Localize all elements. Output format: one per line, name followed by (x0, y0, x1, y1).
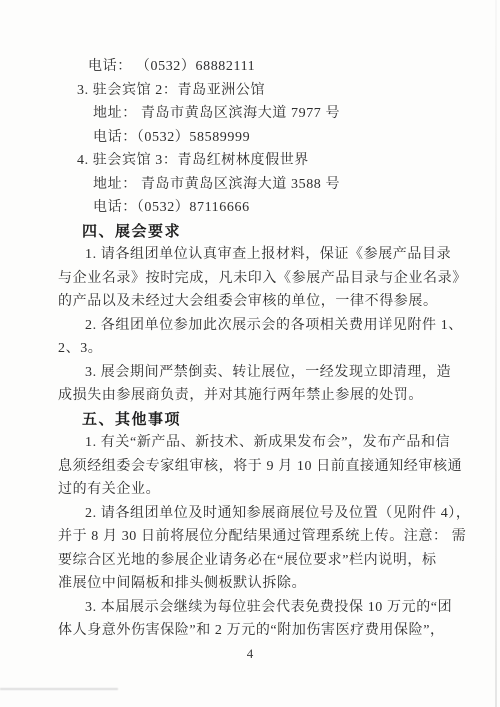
text-line: 2. 各组团单位参加此次展示会的各项相关费用详见附件 1、 (58, 314, 444, 338)
document-page: 电话： （0532）68882111 3. 驻会宾馆 2：青岛亚洲公馆 地址： … (0, 0, 500, 707)
scan-edge-shadow-bottom (0, 688, 118, 690)
hotel1-phone-line: 电话： （0532）68882111 (58, 55, 444, 79)
text-line: 与企业名录》按时完成，凡未印入《参展产品目录与企业名录》 (58, 267, 444, 291)
text-line: 2、3。 (58, 337, 444, 361)
text-line: 1. 请各组团单位认真审查上报材料，保证《参展产品目录 (58, 243, 444, 267)
page-number: 4 (0, 646, 500, 662)
text-line: 准展位中间隔板和排头侧板默认拆除。 (58, 572, 444, 596)
hotel2-address-line: 地址： 青岛市黄岛区滨海大道 7977 号 (58, 102, 444, 126)
text-line: 要综合区光地的参展企业请务必在“展位要求”栏内说明，标 (58, 549, 444, 573)
section-heading-exhibition-requirements: 四、展会要求 (58, 220, 444, 244)
text-line: 的产品以及未经过大会组委会审核的单位，一律不得参展。 (58, 290, 444, 314)
hotel3-address-line: 地址： 青岛市黄岛区滨海大道 3588 号 (58, 173, 444, 197)
document-content: 电话： （0532）68882111 3. 驻会宾馆 2：青岛亚洲公馆 地址： … (58, 55, 444, 643)
hotel2-phone-line: 电话：（0532）58589999 (58, 126, 444, 150)
text-line: 3. 本届展示会继续为每位驻会代表免费投保 10 万元的“团 (58, 596, 444, 620)
scan-edge-shadow-right (495, 0, 497, 707)
section-heading-other-matters: 五、其他事项 (58, 408, 444, 432)
text-line: 体人身意外伤害保险”和 2 万元的“附加伤害医疗费用保险”， (58, 619, 444, 643)
text-line: 3. 展会期间严禁倒卖、转让展位，一经发现立即清理，造 (58, 361, 444, 385)
text-line: 1. 有关“新产品、新技术、新成果发布会”，发布产品和信 (58, 431, 444, 455)
hotel3-phone-line: 电话：（0532）87116666 (58, 196, 444, 220)
text-line: 过的有关企业。 (58, 478, 444, 502)
text-line: 并于 8 月 30 日前将展位分配结果通过管理系统上传。注意： 需 (58, 525, 444, 549)
text-line: 成损失由参展商负责，并对其施行两年禁止参展的处罚。 (58, 384, 444, 408)
text-line: 息须经组委会专家组审核，将于 9 月 10 日前直接通知经审核通 (58, 455, 444, 479)
hotel3-title-line: 4. 驻会宾馆 3：青岛红树林度假世界 (58, 149, 444, 173)
hotel2-title-line: 3. 驻会宾馆 2：青岛亚洲公馆 (58, 79, 444, 103)
text-line: 2. 请各组团单位及时通知参展商展位号及位置（见附件 4）， (58, 502, 444, 526)
